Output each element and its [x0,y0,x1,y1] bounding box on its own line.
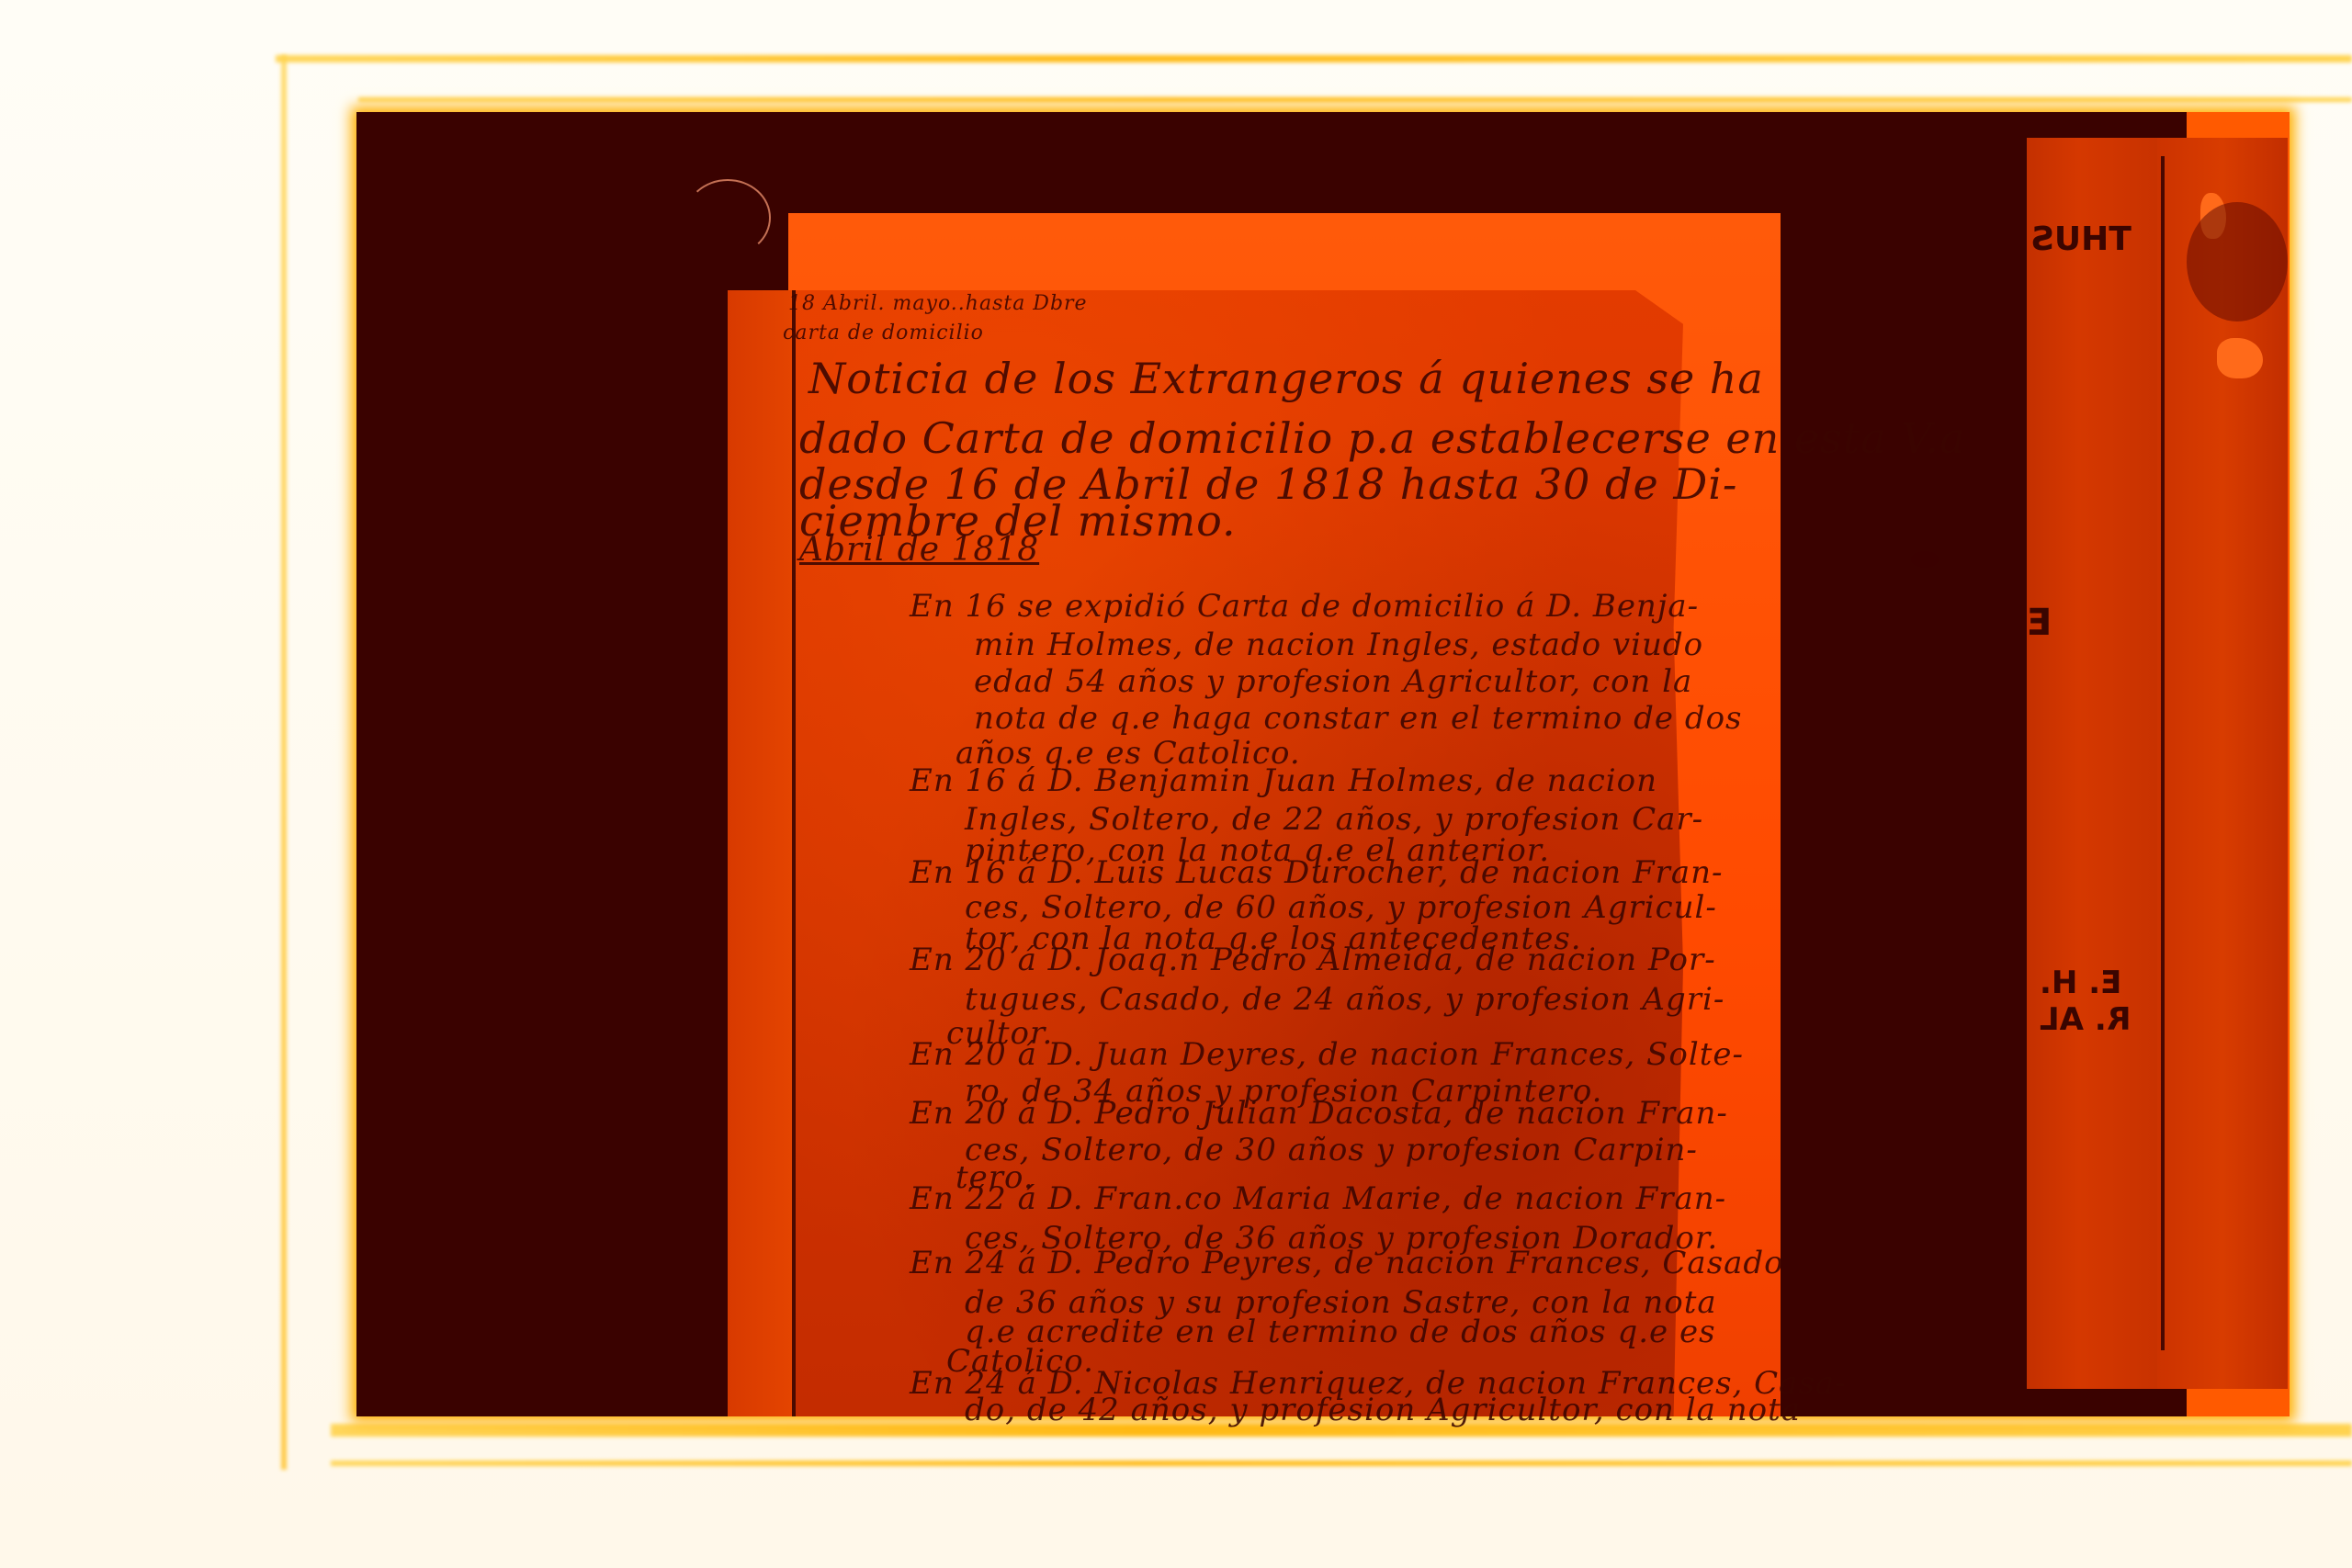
entry-line: En 20 á D. Pedro Julian Dacosta, de naci… [910,1095,1728,1132]
entry-line: En 20 á D. Joaq.n Pedro Almeida, de naci… [910,942,1716,978]
entry-line: ces, Soltero, de 30 años y profesion Car… [965,1132,1698,1168]
entry-line: En 16 se expidió Carta de domicilio á D.… [910,588,1699,625]
entry-line: En 22 á D. Fran.co Maria Marie, de nacio… [910,1180,1726,1217]
section-heading: Abril de 1818 [799,531,1039,569]
entry-line: En 16 á D. Luis Lucas Durocher, de nacio… [910,854,1724,891]
entry-line: En 20 á D. Juan Deyres, de nacion France… [910,1036,1744,1073]
entry-line: edad 54 años y profesion Agricultor, con… [974,663,1692,700]
margin-note-line-1: 18 Abril. mayo..hasta Dbre [788,292,1088,315]
book-spine-left [2027,138,2157,1389]
title-line-2: dado Carta de domicilio p.a establecerse… [799,413,1965,463]
margin-rule [792,290,796,1416]
book-spine-right [2157,138,2288,1389]
film-edge-left [281,55,287,1470]
film-scratch [684,179,771,256]
entry-line: En 24 á D. Pedro Peyres, de nacion Franc… [910,1245,1784,1281]
entry-line: En 16 á D. Benjamin Juan Holmes, de naci… [910,762,1657,799]
title-line-1: Noticia de los Extrangeros á quienes se … [808,354,1764,403]
entry-line: min Holmes, de nacion Ingles, estado viu… [974,626,1703,663]
film-edge-top [276,55,2352,62]
entry-line: tugues, Casado, de 24 años, y profesion … [965,981,1724,1018]
page-margin [728,290,792,1416]
spine-label: E. H. [2040,964,2121,1001]
paper-hole [2217,338,2263,378]
film-edge-top-inner [358,97,2352,102]
entry-line: do, de 42 años, y profesion Agricultor, … [965,1392,1801,1428]
binding-thread [2161,156,2165,1350]
spine-label: R. AL [2040,1001,2131,1038]
spine-label: E [2027,602,2052,644]
water-stain [2187,202,2288,321]
margin-note-line-2: carta de domicilio [783,321,984,344]
film-speck [1911,551,1939,568]
entry-line: nota de q.e haga constar en el termino d… [974,700,1743,737]
film-edge-bottom-outer [331,1461,2352,1466]
spine-label: THUS [2030,220,2131,258]
